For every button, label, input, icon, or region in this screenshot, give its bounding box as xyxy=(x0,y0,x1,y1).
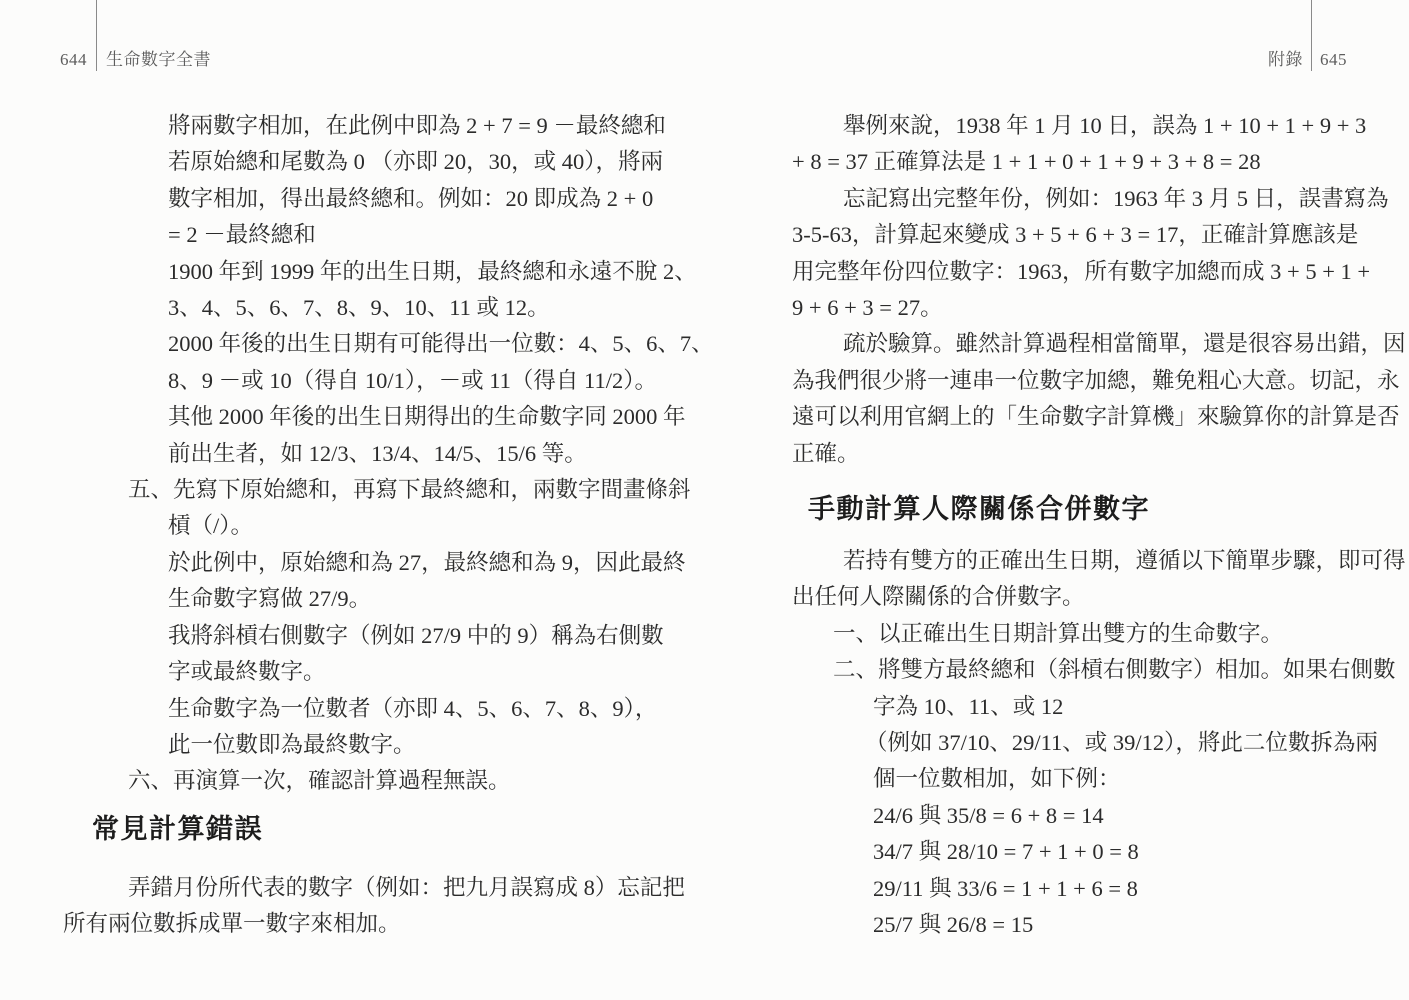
text-line: 前出生者，如 12/3、13/4、14/5、15/6 等。 xyxy=(63,436,638,472)
text-line: 為我們很少將一連串一位數字加總，難免粗心大意。切記，永 xyxy=(792,363,1354,399)
left-running-title: 生命數字全書 xyxy=(97,45,211,71)
text-line: 生命數字寫做 27/9。 xyxy=(63,581,638,617)
right-section-heading: 手動計算人際關係合併數字 xyxy=(808,487,1150,526)
text-line: 六、再演算一次，確認計算過程無誤。 xyxy=(63,763,638,799)
text-line: 出任何人際關係的合併數字。 xyxy=(792,579,1354,615)
right-page-upper-text: 舉例來說，1938 年 1 月 10 日，誤為 1 + 10 + 1 + 9 +… xyxy=(792,108,1354,472)
text-line: 3、4、5、6、7、8、9、10、11 或 12。 xyxy=(63,290,638,326)
text-line: 其他 2000 年後的出生日期得出的生命數字同 2000 年 xyxy=(63,399,638,435)
text-line: 舉例來說，1938 年 1 月 10 日，誤為 1 + 10 + 1 + 9 +… xyxy=(792,108,1354,144)
right-page-lower-text: 若持有雙方的正確出生日期，遵循以下簡單步驟，即可得出任何人際關係的合併數字。一、… xyxy=(792,543,1354,943)
text-line: 生命數字為一位數者（亦即 4、5、6、7、8、9）， xyxy=(63,691,638,727)
text-line: 字或最終數字。 xyxy=(63,654,638,690)
text-line: 29/11 與 33/6 = 1 + 1 + 6 = 8 xyxy=(792,871,1354,907)
right-running-header: 附錄 645 xyxy=(1268,0,1347,71)
text-line: 一、以正確出生日期計算出雙方的生命數字。 xyxy=(792,616,1354,652)
text-line: 弄錯月份所代表的數字（例如：把九月誤寫成 8）忘記把 xyxy=(63,870,638,906)
text-line: 我將斜槓右側數字（例如 27/9 中的 9）稱為右側數 xyxy=(63,618,638,654)
text-line: 五、先寫下原始總和，再寫下最終總和，兩數字間畫條斜 xyxy=(63,472,638,508)
text-line: 疏於驗算。雖然計算過程相當簡單，還是很容易出錯，因 xyxy=(792,326,1354,362)
left-running-header: 644 生命數字全書 xyxy=(0,0,211,71)
text-line: 34/7 與 28/10 = 7 + 1 + 0 = 8 xyxy=(792,834,1354,870)
text-line: 2000 年後的出生日期有可能得出一位數：4、5、6、7、 xyxy=(63,326,638,362)
text-line: （例如 37/10、29/11、或 39/12），將此二位數拆為兩 xyxy=(792,725,1354,761)
text-line: 忘記寫出完整年份，例如：1963 年 3 月 5 日，誤書寫為 xyxy=(792,181,1354,217)
text-line: 將兩數字相加，在此例中即為 2 + 7 = 9 －最終總和 xyxy=(63,108,638,144)
text-line: 於此例中，原始總和為 27，最終總和為 9，因此最終 xyxy=(63,545,638,581)
text-line: 所有兩位數拆成單一數字來相加。 xyxy=(63,906,638,942)
text-line: 9 + 6 + 3 = 27。 xyxy=(792,290,1354,326)
text-line: = 2 －最終總和 xyxy=(63,217,638,253)
text-line: 用完整年份四位數字：1963，所有數字加總而成 3 + 5 + 1 + xyxy=(792,254,1354,290)
left-page-body-text: 將兩數字相加，在此例中即為 2 + 7 = 9 －最終總和若原始總和尾數為 0 … xyxy=(63,108,638,800)
text-line: 此一位數即為最終數字。 xyxy=(63,727,638,763)
text-line: 8、9 －或 10（得自 10/1），－或 11（得自 11/2）。 xyxy=(63,363,638,399)
text-line: + 8 = 37 正確算法是 1 + 1 + 0 + 1 + 9 + 3 + 8… xyxy=(792,144,1354,180)
right-page-number: 645 xyxy=(1312,50,1347,71)
left-page-closing-paragraph: 弄錯月份所代表的數字（例如：把九月誤寫成 8）忘記把所有兩位數拆成單一數字來相加… xyxy=(63,870,638,943)
text-line: 1900 年到 1999 年的出生日期，最終總和永遠不脫 2、 xyxy=(63,254,638,290)
text-line: 25/7 與 26/8 = 15 xyxy=(792,907,1354,943)
text-line: 若原始總和尾數為 0 （亦即 20，30，或 40），將兩 xyxy=(63,144,638,180)
left-section-heading: 常見計算錯誤 xyxy=(92,807,263,846)
right-running-title: 附錄 xyxy=(1268,45,1311,71)
book-spread-page: { "theme": { "background": "#fcfcfb", "b… xyxy=(0,0,1409,1000)
text-line: 3-5-63，計算起來變成 3 + 5 + 6 + 3 = 17，正確計算應該是 xyxy=(792,217,1354,253)
text-line: 字為 10、11、或 12 xyxy=(792,689,1354,725)
text-line: 24/6 與 35/8 = 6 + 8 = 14 xyxy=(792,798,1354,834)
text-line: 若持有雙方的正確出生日期，遵循以下簡單步驟，即可得 xyxy=(792,543,1354,579)
left-page-number: 644 xyxy=(0,50,96,71)
text-line: 槓（/）。 xyxy=(63,508,638,544)
text-line: 個一位數相加，如下例： xyxy=(792,761,1354,797)
text-line: 正確。 xyxy=(792,436,1354,472)
text-line: 二、將雙方最終總和（斜槓右側數字）相加。如果右側數 xyxy=(792,652,1354,688)
text-line: 數字相加，得出最終總和。例如：20 即成為 2 + 0 xyxy=(63,181,638,217)
text-line: 遠可以利用官網上的「生命數字計算機」來驗算你的計算是否 xyxy=(792,399,1354,435)
